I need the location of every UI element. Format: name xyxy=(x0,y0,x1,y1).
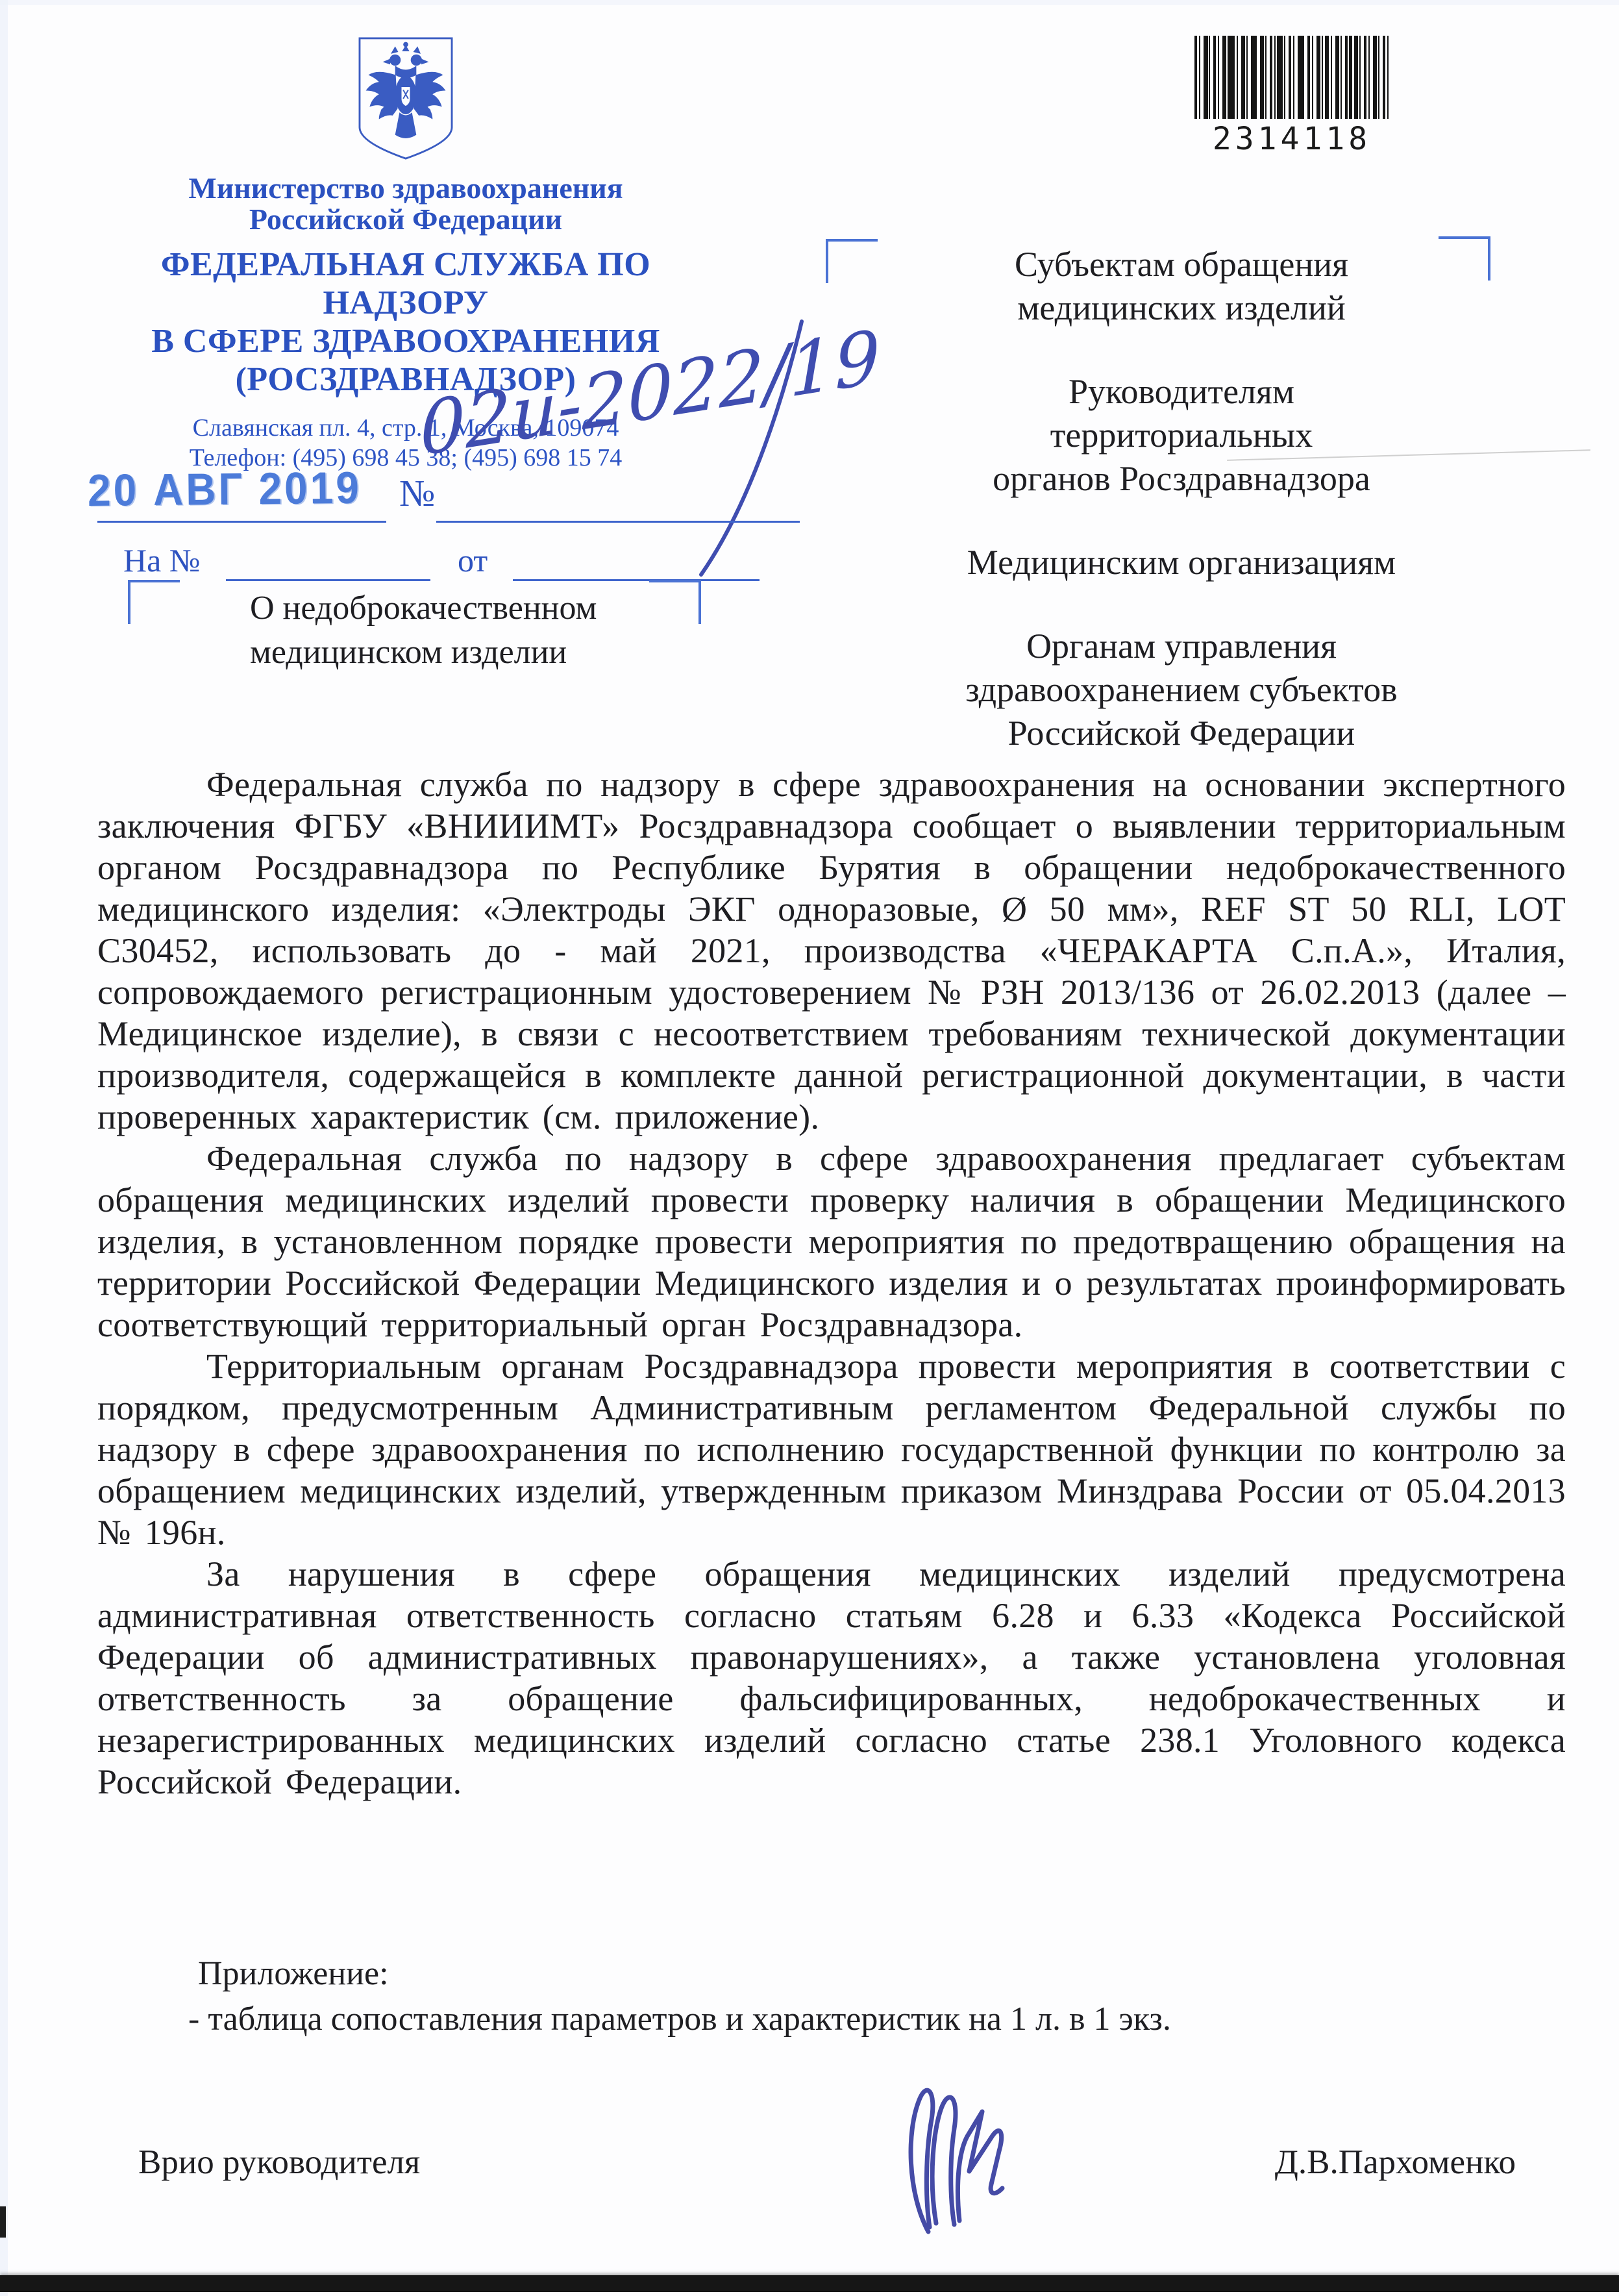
recipient-list: Субъектам обращения медицинских изделий … xyxy=(831,243,1532,755)
reply-date-underline xyxy=(513,579,760,581)
recipient-subjects-of-circulation: Субъектам обращения медицинских изделий xyxy=(831,243,1532,330)
reply-from-label: от xyxy=(458,542,488,579)
ministry-name: Министерство здравоохранения Российской … xyxy=(78,173,734,235)
scan-edge-left xyxy=(0,0,8,2296)
reply-number-label: На № xyxy=(123,542,201,579)
letter-body: Федеральная служба по надзору в сфере зд… xyxy=(97,764,1566,1803)
subject-corner-mark-left xyxy=(128,580,180,624)
letter-subject: О недоброкачественном медицинском издели… xyxy=(250,586,678,675)
signer-name: Д.В.Пархоменко xyxy=(1233,2143,1516,2182)
body-paragraph-3: Территориальным органам Росздравнадзора … xyxy=(97,1345,1566,1553)
recipient-health-authorities: Органам управления здравоохранением субъ… xyxy=(831,625,1532,755)
body-paragraph-4: За нарушения в сфере обращения медицинск… xyxy=(97,1553,1566,1803)
barcode xyxy=(1194,36,1389,119)
scanned-letter-page: Министерство здравоохранения Российской … xyxy=(0,0,1619,2296)
body-paragraph-1: Федеральная служба по надзору в сфере зд… xyxy=(97,764,1566,1138)
number-sign-label: № xyxy=(399,471,435,515)
russia-coat-of-arms-icon xyxy=(355,36,456,161)
date-stamp: 20 АВГ 2019 xyxy=(88,462,362,516)
signer-position: Врио руководителя xyxy=(138,2143,420,2182)
number-underline xyxy=(436,521,800,523)
date-underline xyxy=(97,521,386,523)
scan-bottom-band xyxy=(0,2275,1619,2292)
recipient-medical-organizations: Медицинским организациям xyxy=(831,541,1532,584)
recipient-territorial-heads: Руководителям территориальных органов Ро… xyxy=(831,370,1532,501)
body-paragraph-2: Федеральная служба по надзору в сфере зд… xyxy=(97,1138,1566,1345)
barcode-number: 2314118 xyxy=(1194,121,1389,157)
attachment-heading: Приложение: xyxy=(198,1954,389,1993)
attachment-item: - таблица сопоставления параметров и хар… xyxy=(188,2000,1357,2038)
reply-number-underline xyxy=(226,579,430,581)
handwritten-signature xyxy=(831,2073,1045,2248)
scan-edge-top xyxy=(0,0,1619,5)
scan-left-notch xyxy=(0,2206,6,2238)
